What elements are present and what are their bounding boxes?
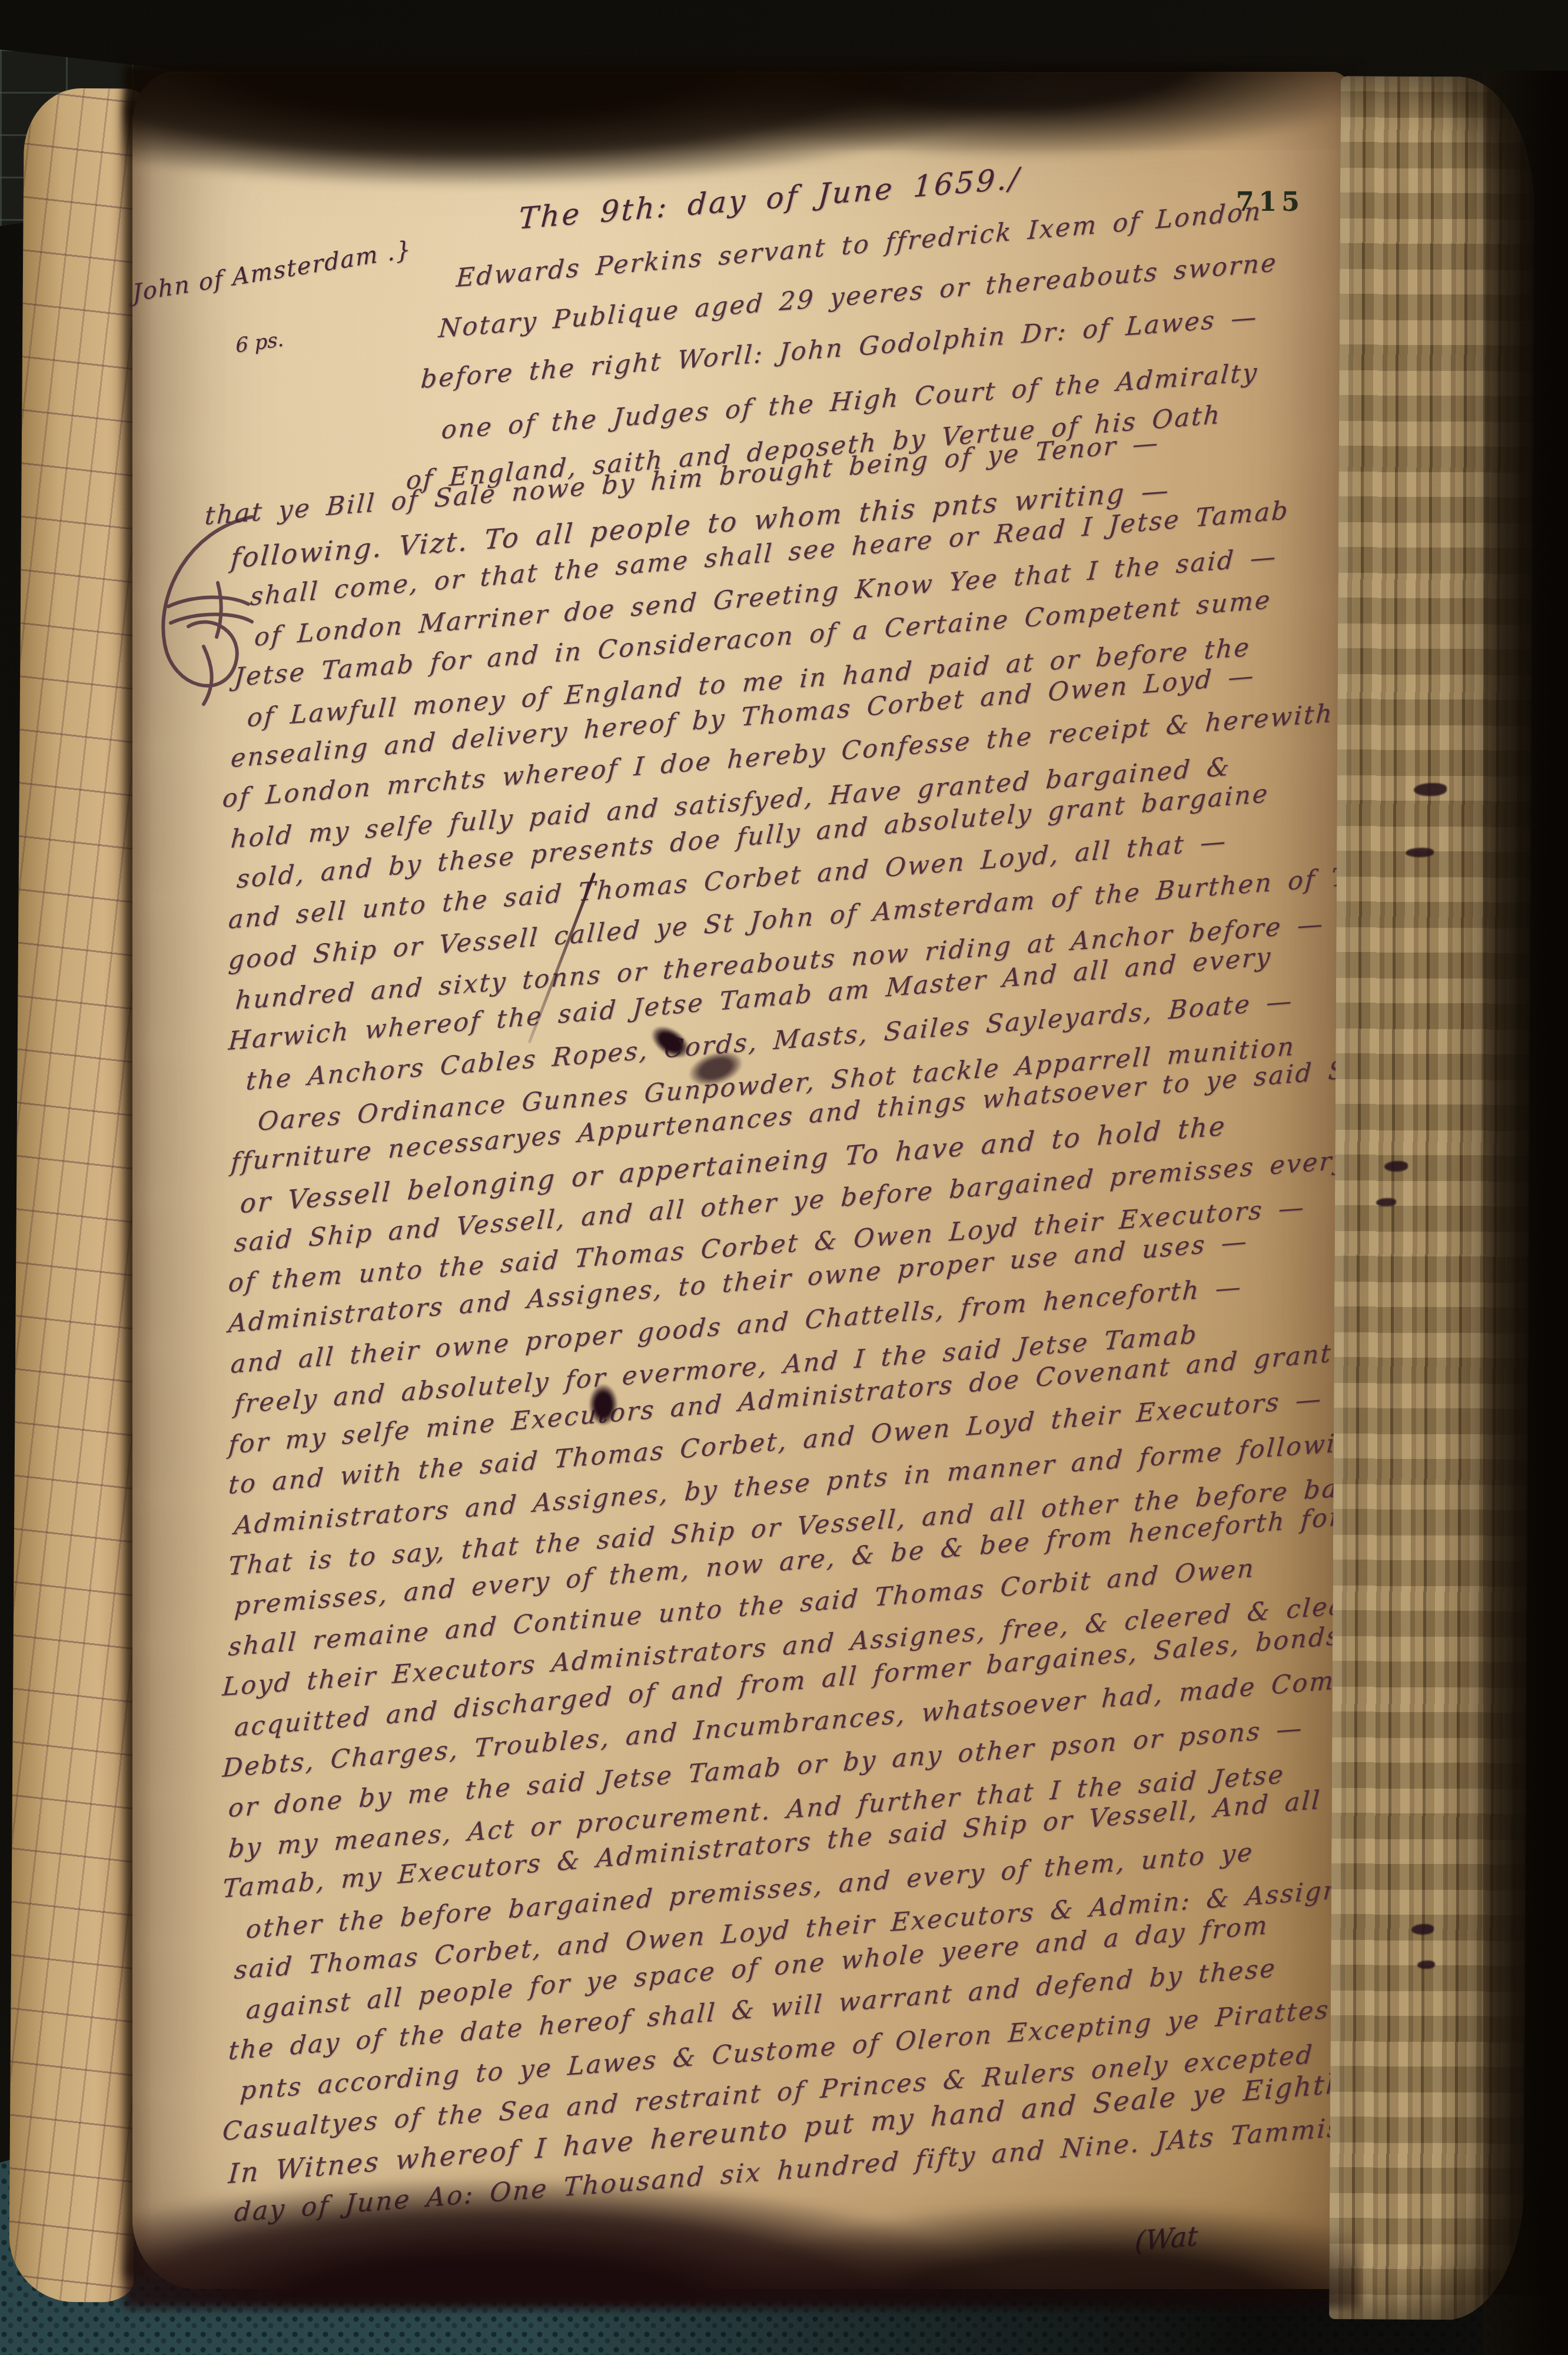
fore-edge-ink-mark bbox=[1384, 1161, 1408, 1172]
ink-blot bbox=[589, 1384, 618, 1426]
fore-edge-ink-mark bbox=[1406, 848, 1434, 857]
fore-edge-ink-mark bbox=[1417, 1961, 1435, 1969]
right-dark-falloff bbox=[1483, 71, 1568, 2355]
burnt-bottom-edge bbox=[124, 2155, 1360, 2308]
fore-edge-ink-mark bbox=[1411, 1924, 1434, 1935]
fore-edge-ink-mark bbox=[1414, 783, 1447, 796]
fore-edge-ink-mark bbox=[1376, 1198, 1396, 1206]
manuscript-photo: 715 The 9th: day of June 1659./ John of … bbox=[0, 0, 1568, 2355]
